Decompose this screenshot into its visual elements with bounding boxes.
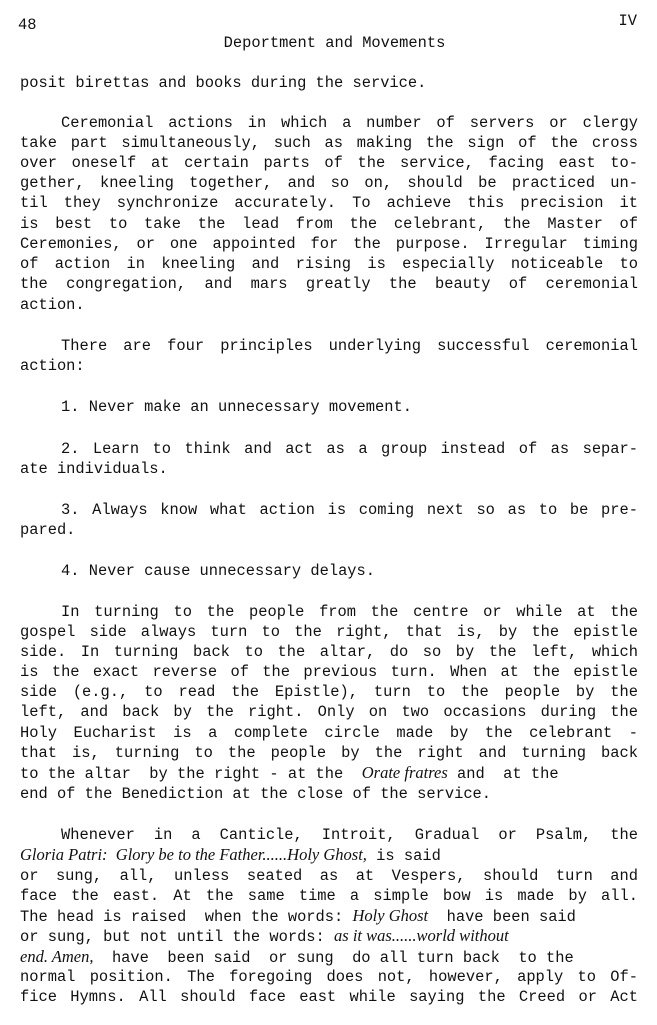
italic-phrase: Holy Ghost xyxy=(353,906,429,925)
text-line: left, and back by the right. Only on two… xyxy=(20,702,638,722)
text-run: is said xyxy=(367,847,441,865)
text-line-amen: end. Amen, have been said or sung do all… xyxy=(20,947,638,967)
text-line: Whenever in a Canticle, Introit, Gradual… xyxy=(61,825,638,845)
principle-item-3: 3. Always know what action is coming nex… xyxy=(61,500,638,520)
principle-item-4: 4. Never cause unnecessary delays. xyxy=(61,561,638,581)
italic-phrase: end. Amen, xyxy=(20,947,93,966)
text-run: and at the xyxy=(448,765,559,783)
italic-phrase: as it was......world without xyxy=(334,926,509,945)
text-line: Holy Eucharist is a complete circle made… xyxy=(20,723,638,743)
text-line-orate-fratres: to the altar by the right - at the Orate… xyxy=(20,763,638,783)
text-line: fice Hymns. All should face east while s… xyxy=(20,987,638,1007)
page-number: 48 xyxy=(18,16,36,34)
text-line-as-it-was: or sung, but not until the words: as it … xyxy=(20,926,638,946)
latin-phrase: Orate fratres xyxy=(362,763,448,782)
text-run: to the altar by the right - at the xyxy=(20,765,362,783)
text-line: gospel side always turn to the right, th… xyxy=(20,622,638,642)
principle-item-1: 1. Never make an unnecessary movement. xyxy=(61,397,638,417)
text-line: action: xyxy=(20,356,638,376)
text-line: that is, turning to the people by the ri… xyxy=(20,743,638,763)
text-line: is the exact reverse of the previous tur… xyxy=(20,662,638,682)
document-page: 48 IV Deportment and Movements posit bir… xyxy=(0,0,657,1025)
chapter-number: IV xyxy=(619,12,637,30)
text-line: or sung, all, unless seated as at Vesper… xyxy=(20,866,638,886)
principle-item-3-cont: pared. xyxy=(20,520,638,540)
text-line: the congregation, and mars greatly the b… xyxy=(20,274,638,294)
text-run: have been said or sung do all turn back … xyxy=(93,949,573,967)
text-line: take part simultaneously, such as making… xyxy=(20,133,638,153)
text-run: have been said xyxy=(428,908,576,926)
text-line: Ceremonial actions in which a number of … xyxy=(61,113,638,133)
text-line: face the east. At the same time a simple… xyxy=(20,886,638,906)
principle-item-2-cont: ate individuals. xyxy=(20,459,638,479)
text-line: normal position. The foregoing does not,… xyxy=(20,967,638,987)
text-line: gether, kneeling together, and so on, sh… xyxy=(20,173,638,193)
text-line-continuation: posit birettas and books during the serv… xyxy=(20,73,638,93)
text-line: action. xyxy=(20,295,638,315)
text-line: side. In turning back to the altar, do s… xyxy=(20,642,638,662)
latin-phrase: Gloria Patri: Glory be to the Father....… xyxy=(20,845,367,864)
text-run: or sung, but not until the words: xyxy=(20,928,334,946)
text-line: side (e.g., to read the Epistle), turn t… xyxy=(20,682,638,702)
text-line: Ceremonies, or one appointed for the pur… xyxy=(20,234,638,254)
text-line-holy-ghost: The head is raised when the words: Holy … xyxy=(20,906,638,926)
running-title: Deportment and Movements xyxy=(0,34,657,52)
text-line: of action in kneeling and rising is espe… xyxy=(20,254,638,274)
text-line: over oneself at certain parts of the ser… xyxy=(20,153,638,173)
text-line: There are four principles underlying suc… xyxy=(61,336,638,356)
text-line: is best to take the lead from the celebr… xyxy=(20,214,638,234)
text-line-gloria-patri: Gloria Patri: Glory be to the Father....… xyxy=(20,845,638,865)
text-line: til they synchronize accurately. To achi… xyxy=(20,193,638,213)
text-line: In turning to the people from the centre… xyxy=(61,602,638,622)
text-line: end of the Benediction at the close of t… xyxy=(20,784,638,804)
text-run: The head is raised when the words: xyxy=(20,908,353,926)
principle-item-2: 2. Learn to think and act as a group ins… xyxy=(61,439,638,459)
